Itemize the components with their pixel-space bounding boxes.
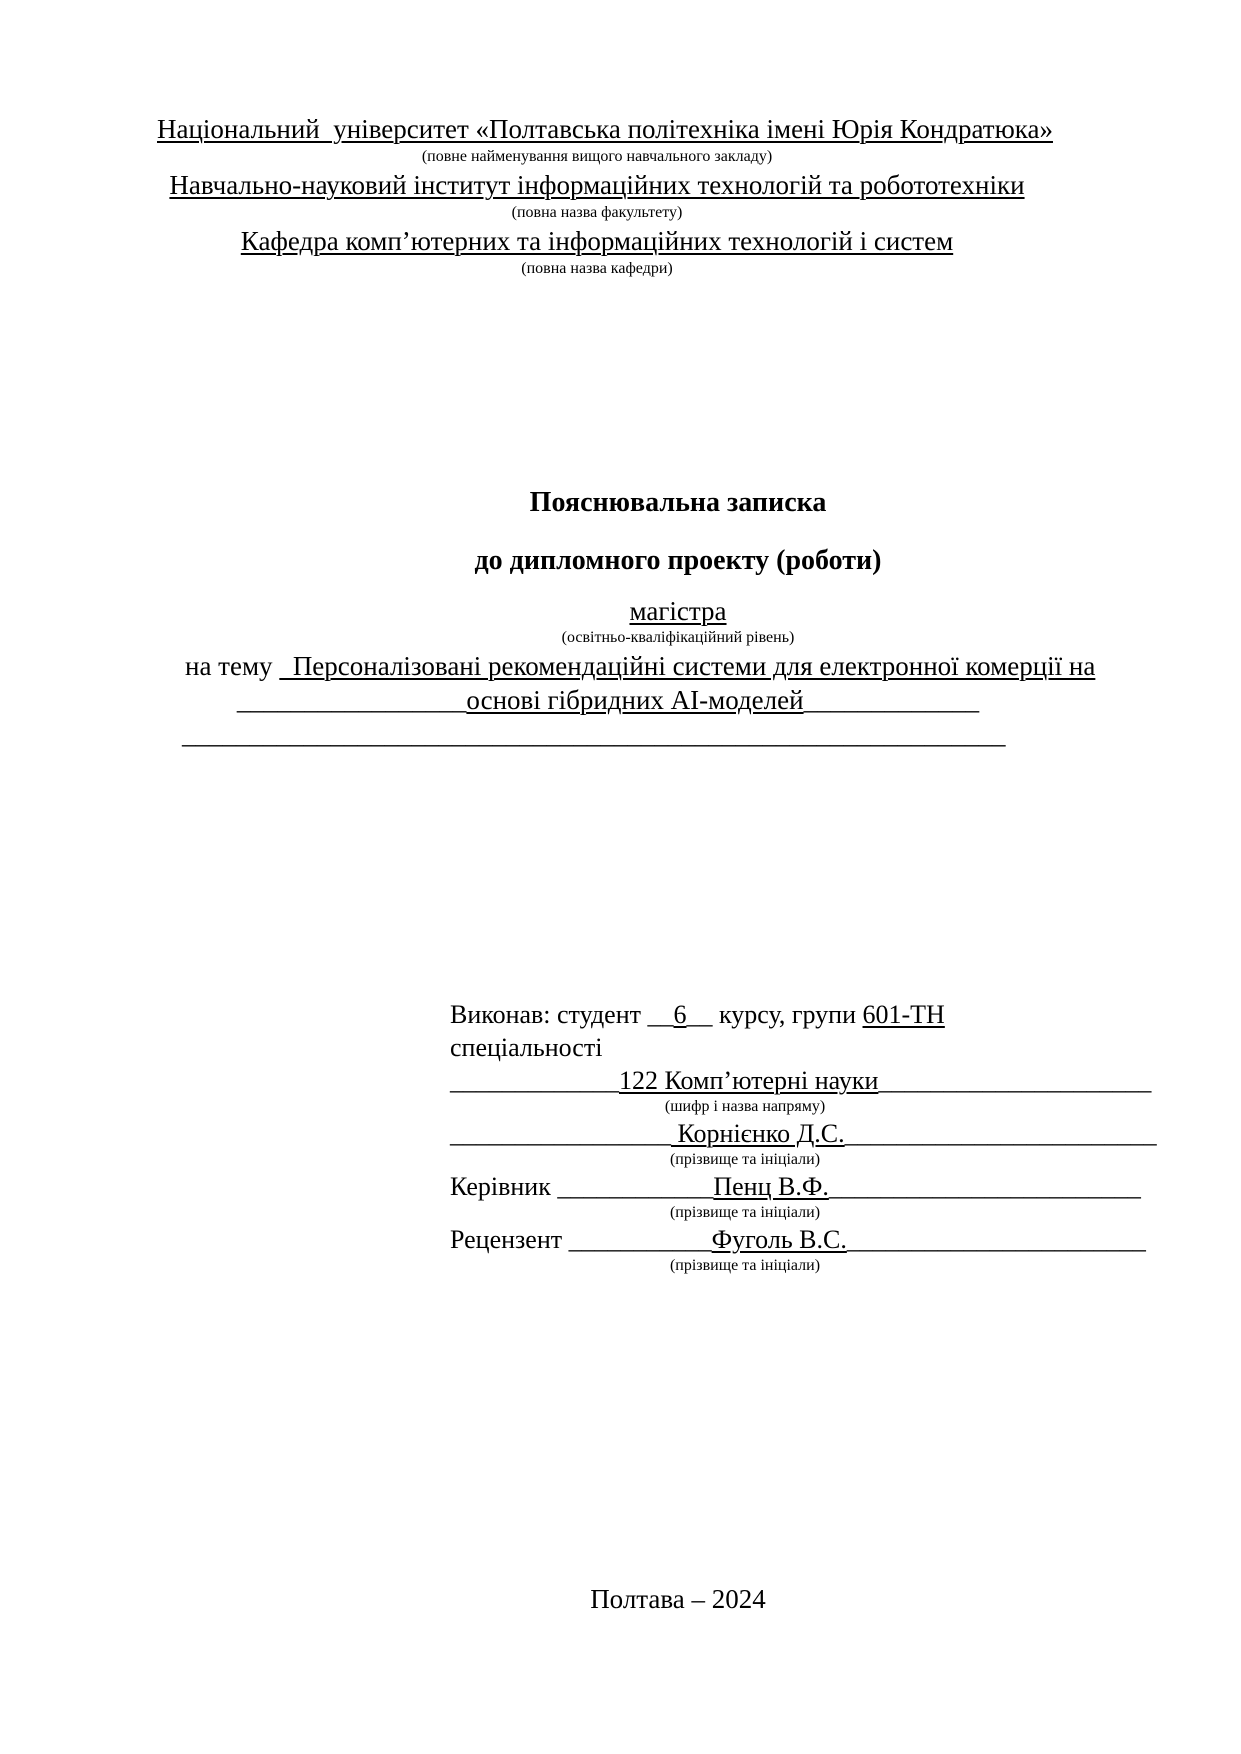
supervisor-caption: (прізвище та ініціали) <box>450 1203 1040 1223</box>
topic-text-part1: Персоналізовані рекомендаційні системи д… <box>279 651 1095 681</box>
specialty-caption: (шифр і назва напряму) <box>450 1097 1040 1117</box>
reviewer-name: Фуголь В.С. <box>712 1225 847 1254</box>
reviewer-caption: (прізвище та ініціали) <box>450 1256 1040 1276</box>
institute-name: Навчально-науковий інститут інформаційни… <box>157 168 1037 202</box>
university-caption: (повне найменування вищого навчального з… <box>157 146 1037 168</box>
topic-line2-suffix: _____________ <box>804 685 980 715</box>
university-name: Національний університет «Полтавська пол… <box>157 112 1037 146</box>
supervisor-label: Керівник <box>450 1172 557 1201</box>
topic-line2-prefix: _________________ <box>237 685 467 715</box>
department-name: Кафедра комп’ютерних та інформаційних те… <box>157 224 1037 258</box>
specialty-label: спеціальності <box>450 1031 1180 1064</box>
document-page: Національний університет «Полтавська пол… <box>0 0 1241 1754</box>
course-number: 6 <box>674 1000 687 1029</box>
reviewer-underscore-after: _______________________ <box>847 1225 1146 1254</box>
executor-block: Виконав: студент __6__ курсу, групи 601-… <box>450 998 1180 1276</box>
topic-text-part2: основі гібридних АІ-моделей <box>466 685 803 715</box>
supervisor-line: Керівник ____________Пенц В.Ф.__________… <box>450 1170 1180 1203</box>
topic-line-2: _________________основі гібридних АІ-мод… <box>157 683 1059 717</box>
reviewer-line: Рецензент ___________Фуголь В.С.________… <box>450 1223 1180 1256</box>
institution-header: Національний університет «Полтавська пол… <box>157 112 1037 280</box>
group-number: 601-ТН <box>863 1000 945 1029</box>
course-underscore-before: __ <box>648 1000 674 1029</box>
group-label: курсу, групи <box>713 1000 863 1029</box>
student-underscore-after: ________________________ <box>845 1119 1157 1148</box>
topic-blank-line: ________________________________________… <box>157 717 1199 751</box>
degree-level-text: магістра <box>629 596 726 626</box>
document-title-line2: до дипломного проекту (роботи) <box>157 545 1199 577</box>
title-block: Пояснювальна записка до дипломного проек… <box>157 487 1199 751</box>
course-underscore-after: __ <box>687 1000 713 1029</box>
degree-level: магістра <box>157 595 1199 627</box>
reviewer-label: Рецензент <box>450 1225 569 1254</box>
specialty-name: 122 Комп’ютерні науки <box>619 1066 878 1095</box>
city-year: Полтава – 2024 <box>157 1583 1199 1615</box>
department-caption: (повна назва кафедри) <box>157 258 1037 280</box>
specialty-underscore-before: _____________ <box>450 1066 619 1095</box>
specialty-line: _____________122 Комп’ютерні науки______… <box>450 1064 1180 1097</box>
student-name: Корнієнко Д.С. <box>671 1119 845 1148</box>
supervisor-underscore-before: ____________ <box>557 1172 713 1201</box>
document-title-line1: Пояснювальна записка <box>157 487 1199 519</box>
student-line: _________________ Корнієнко Д.С.________… <box>450 1117 1180 1150</box>
student-caption: (прізвище та ініціали) <box>450 1150 1040 1170</box>
supervisor-name: Пенц В.Ф. <box>713 1172 829 1201</box>
reviewer-underscore-before: ___________ <box>569 1225 712 1254</box>
degree-caption: (освітньо-кваліфікаційний рівень) <box>157 627 1199 649</box>
supervisor-underscore-after: ________________________ <box>829 1172 1141 1201</box>
topic-label: на тему <box>185 651 279 681</box>
executor-line: Виконав: студент __6__ курсу, групи 601-… <box>450 998 1180 1031</box>
student-underscore-before: _________________ <box>450 1119 671 1148</box>
institute-caption: (повна назва факультету) <box>157 202 1037 224</box>
executor-label: Виконав: студент <box>450 1000 648 1029</box>
topic-line-1: на тему Персоналізовані рекомендаційні с… <box>157 649 1199 683</box>
specialty-underscore-after: _____________________ <box>878 1066 1151 1095</box>
